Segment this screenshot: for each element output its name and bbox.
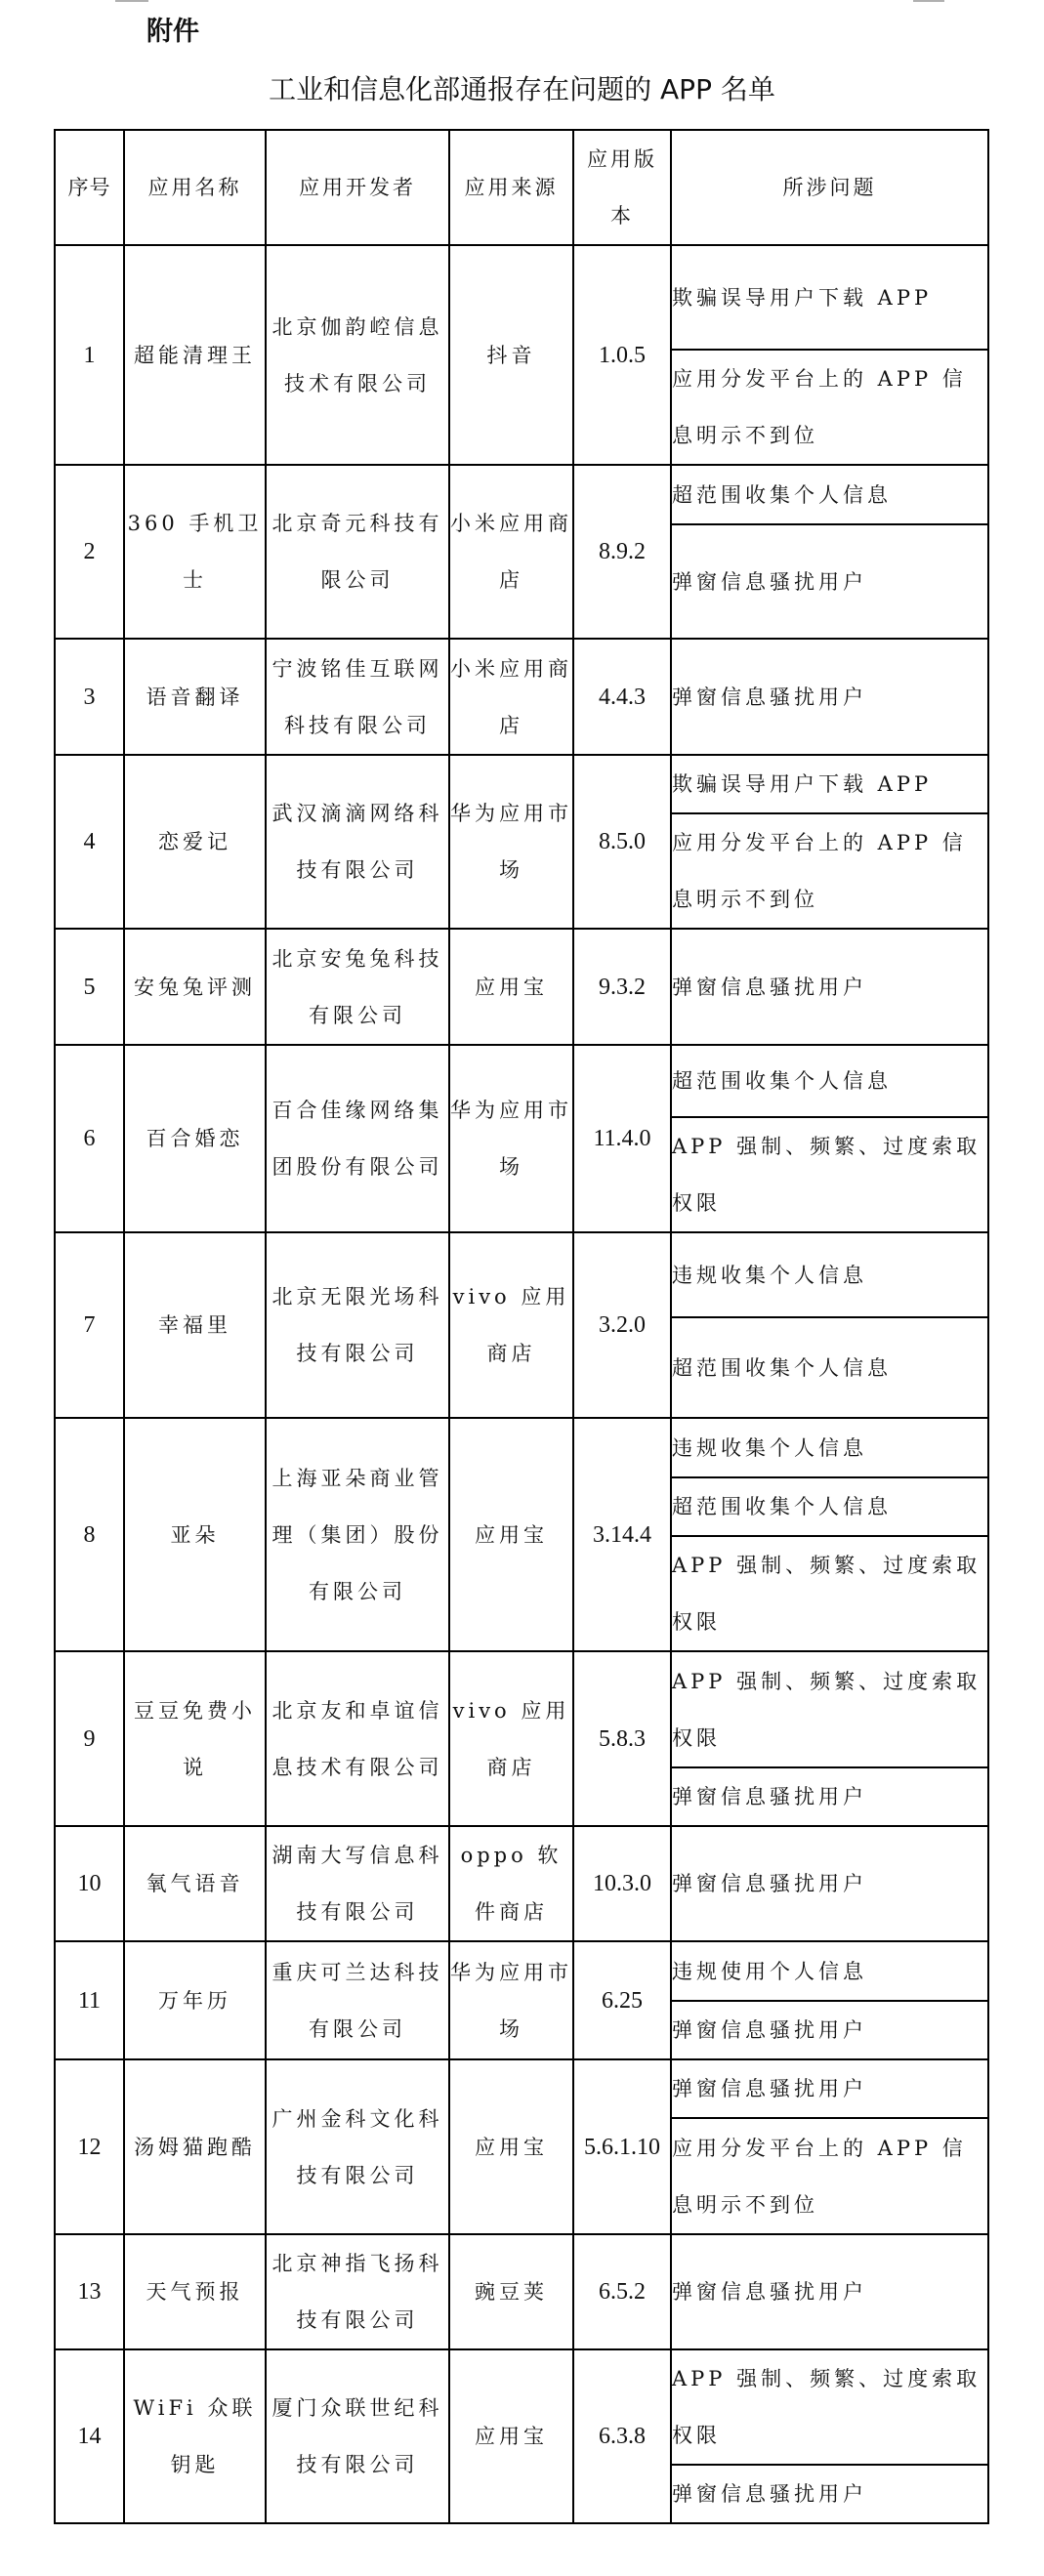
app-developer: 北京伽韵崆信息技术有限公司 — [266, 245, 449, 465]
app-version: 9.3.2 — [573, 929, 671, 1045]
row-number: 3 — [55, 639, 124, 755]
app-source: 豌豆荚 — [449, 2234, 573, 2349]
issue-item: 违规收集个人信息 — [671, 1232, 988, 1317]
app-developer: 湖南大写信息科技有限公司 — [266, 1826, 449, 1941]
app-developer: 北京神指飞扬科技有限公司 — [266, 2234, 449, 2349]
issue-item: 欺骗误导用户下载 APP — [671, 755, 988, 813]
col-header-no: 序号 — [55, 130, 124, 245]
table-header-row: 序号 应用名称 应用开发者 应用来源 应用版本 所涉问题 — [55, 130, 988, 245]
col-header-version: 应用版本 — [573, 130, 671, 245]
app-developer: 宁波铭佳互联网科技有限公司 — [266, 639, 449, 755]
app-name: 安兔兔评测 — [124, 929, 266, 1045]
issue-item: 超范围收集个人信息 — [671, 465, 988, 524]
issue-item: 弹窗信息骚扰用户 — [671, 2234, 988, 2349]
app-source: 应用宝 — [449, 1418, 573, 1651]
app-name: 百合婚恋 — [124, 1045, 266, 1232]
issue-item: 弹窗信息骚扰用户 — [671, 2001, 988, 2059]
table-row: 6百合婚恋百合佳缘网络集团股份有限公司华为应用市场11.4.0超范围收集个人信息 — [55, 1045, 988, 1117]
app-list-table: 序号 应用名称 应用开发者 应用来源 应用版本 所涉问题 1超能清理王北京伽韵崆… — [54, 129, 989, 2524]
app-developer: 重庆可兰达科技有限公司 — [266, 1941, 449, 2059]
row-number: 12 — [55, 2059, 124, 2234]
row-number: 11 — [55, 1941, 124, 2059]
app-name: WiFi 众联钥匙 — [124, 2349, 266, 2523]
app-developer: 北京奇元科技有限公司 — [266, 465, 449, 639]
issue-item: 弹窗信息骚扰用户 — [671, 524, 988, 639]
row-number: 4 — [55, 755, 124, 929]
issue-item: 弹窗信息骚扰用户 — [671, 639, 988, 755]
issue-item: 欺骗误导用户下载 APP — [671, 245, 988, 350]
app-developer: 北京安兔兔科技有限公司 — [266, 929, 449, 1045]
top-left-mark — [115, 0, 148, 2]
row-number: 9 — [55, 1651, 124, 1826]
app-developer: 上海亚朵商业管理（集团）股份有限公司 — [266, 1418, 449, 1651]
issue-item: 违规使用个人信息 — [671, 1941, 988, 2001]
col-header-issues: 所涉问题 — [671, 130, 988, 245]
table-row: 12汤姆猫跑酷广州金科文化科技有限公司应用宝5.6.1.10弹窗信息骚扰用户 — [55, 2059, 988, 2118]
app-source: 应用宝 — [449, 929, 573, 1045]
table-row: 4恋爱记武汉滴滴网络科技有限公司华为应用市场8.5.0欺骗误导用户下载 APP — [55, 755, 988, 813]
issue-item: 超范围收集个人信息 — [671, 1045, 988, 1117]
row-number: 2 — [55, 465, 124, 639]
issue-item: APP 强制、频繁、过度索取权限 — [671, 1536, 988, 1651]
app-version: 3.2.0 — [573, 1232, 671, 1418]
row-number: 7 — [55, 1232, 124, 1418]
app-name: 氧气语音 — [124, 1826, 266, 1941]
app-developer: 广州金科文化科技有限公司 — [266, 2059, 449, 2234]
app-version: 8.5.0 — [573, 755, 671, 929]
issue-item: 超范围收集个人信息 — [671, 1477, 988, 1536]
table-row: 1超能清理王北京伽韵崆信息技术有限公司抖音1.0.5欺骗误导用户下载 APP — [55, 245, 988, 350]
issue-item: 弹窗信息骚扰用户 — [671, 1826, 988, 1941]
app-source: 小米应用商店 — [449, 465, 573, 639]
app-version: 8.9.2 — [573, 465, 671, 639]
app-version: 6.25 — [573, 1941, 671, 2059]
app-source: 抖音 — [449, 245, 573, 465]
app-source: vivo 应用商店 — [449, 1232, 573, 1418]
app-name: 幸福里 — [124, 1232, 266, 1418]
col-header-name: 应用名称 — [124, 130, 266, 245]
app-version: 11.4.0 — [573, 1045, 671, 1232]
app-version: 1.0.5 — [573, 245, 671, 465]
row-number: 8 — [55, 1418, 124, 1651]
top-right-mark — [913, 0, 944, 2]
issue-item: 应用分发平台上的 APP 信息明示不到位 — [671, 2118, 988, 2234]
app-name: 天气预报 — [124, 2234, 266, 2349]
app-source: 华为应用市场 — [449, 1941, 573, 2059]
app-name: 亚朵 — [124, 1418, 266, 1651]
issue-item: 违规收集个人信息 — [671, 1418, 988, 1477]
app-developer: 北京无限光场科技有限公司 — [266, 1232, 449, 1418]
app-version: 6.5.2 — [573, 2234, 671, 2349]
row-number: 6 — [55, 1045, 124, 1232]
app-source: oppo 软件商店 — [449, 1826, 573, 1941]
issue-item: APP 强制、频繁、过度索取权限 — [671, 2349, 988, 2465]
table-row: 3语音翻译宁波铭佳互联网科技有限公司小米应用商店4.4.3弹窗信息骚扰用户 — [55, 639, 988, 755]
app-version: 5.8.3 — [573, 1651, 671, 1826]
issue-item: 弹窗信息骚扰用户 — [671, 2059, 988, 2118]
app-name: 豆豆免费小说 — [124, 1651, 266, 1826]
app-name: 超能清理王 — [124, 245, 266, 465]
app-version: 10.3.0 — [573, 1826, 671, 1941]
app-name: 恋爱记 — [124, 755, 266, 929]
col-header-developer: 应用开发者 — [266, 130, 449, 245]
table-row: 10氧气语音湖南大写信息科技有限公司oppo 软件商店10.3.0弹窗信息骚扰用… — [55, 1826, 988, 1941]
issue-item: 应用分发平台上的 APP 信息明示不到位 — [671, 350, 988, 465]
table-row: 14WiFi 众联钥匙厦门众联世纪科技有限公司应用宝6.3.8APP 强制、频繁… — [55, 2349, 988, 2465]
issue-item: 弹窗信息骚扰用户 — [671, 2465, 988, 2523]
app-developer: 百合佳缘网络集团股份有限公司 — [266, 1045, 449, 1232]
issue-item: APP 强制、频繁、过度索取权限 — [671, 1651, 988, 1767]
row-number: 10 — [55, 1826, 124, 1941]
app-source: 应用宝 — [449, 2059, 573, 2234]
row-number: 13 — [55, 2234, 124, 2349]
col-header-source: 应用来源 — [449, 130, 573, 245]
issue-item: 弹窗信息骚扰用户 — [671, 1767, 988, 1826]
app-source: 应用宝 — [449, 2349, 573, 2523]
app-name: 汤姆猫跑酷 — [124, 2059, 266, 2234]
row-number: 5 — [55, 929, 124, 1045]
app-developer: 厦门众联世纪科技有限公司 — [266, 2349, 449, 2523]
table-row: 5安兔兔评测北京安兔兔科技有限公司应用宝9.3.2弹窗信息骚扰用户 — [55, 929, 988, 1045]
table-row: 13天气预报北京神指飞扬科技有限公司豌豆荚6.5.2弹窗信息骚扰用户 — [55, 2234, 988, 2349]
issue-item: APP 强制、频繁、过度索取权限 — [671, 1117, 988, 1232]
app-developer: 武汉滴滴网络科技有限公司 — [266, 755, 449, 929]
app-source: 华为应用市场 — [449, 1045, 573, 1232]
row-number: 14 — [55, 2349, 124, 2523]
app-developer: 北京友和卓谊信息技术有限公司 — [266, 1651, 449, 1826]
app-version: 3.14.4 — [573, 1418, 671, 1651]
attachment-label: 附件 — [146, 10, 199, 48]
issue-item: 超范围收集个人信息 — [671, 1317, 988, 1418]
app-version: 5.6.1.10 — [573, 2059, 671, 2234]
issue-item: 弹窗信息骚扰用户 — [671, 929, 988, 1045]
app-version: 4.4.3 — [573, 639, 671, 755]
row-number: 1 — [55, 245, 124, 465]
app-source: vivo 应用商店 — [449, 1651, 573, 1826]
table-row: 11万年历重庆可兰达科技有限公司华为应用市场6.25违规使用个人信息 — [55, 1941, 988, 2001]
app-name: 360 手机卫士 — [124, 465, 266, 639]
app-source: 小米应用商店 — [449, 639, 573, 755]
issue-item: 应用分发平台上的 APP 信息明示不到位 — [671, 813, 988, 929]
app-source: 华为应用市场 — [449, 755, 573, 929]
app-version: 6.3.8 — [573, 2349, 671, 2523]
table-row: 2360 手机卫士北京奇元科技有限公司小米应用商店8.9.2超范围收集个人信息 — [55, 465, 988, 524]
table-row: 9豆豆免费小说北京友和卓谊信息技术有限公司vivo 应用商店5.8.3APP 强… — [55, 1651, 988, 1767]
app-name: 万年历 — [124, 1941, 266, 2059]
page-title: 工业和信息化部通报存在问题的 APP 名单 — [0, 68, 1044, 107]
table-row: 8亚朵上海亚朵商业管理（集团）股份有限公司应用宝3.14.4违规收集个人信息 — [55, 1418, 988, 1477]
table-row: 7幸福里北京无限光场科技有限公司vivo 应用商店3.2.0违规收集个人信息 — [55, 1232, 988, 1317]
app-name: 语音翻译 — [124, 639, 266, 755]
